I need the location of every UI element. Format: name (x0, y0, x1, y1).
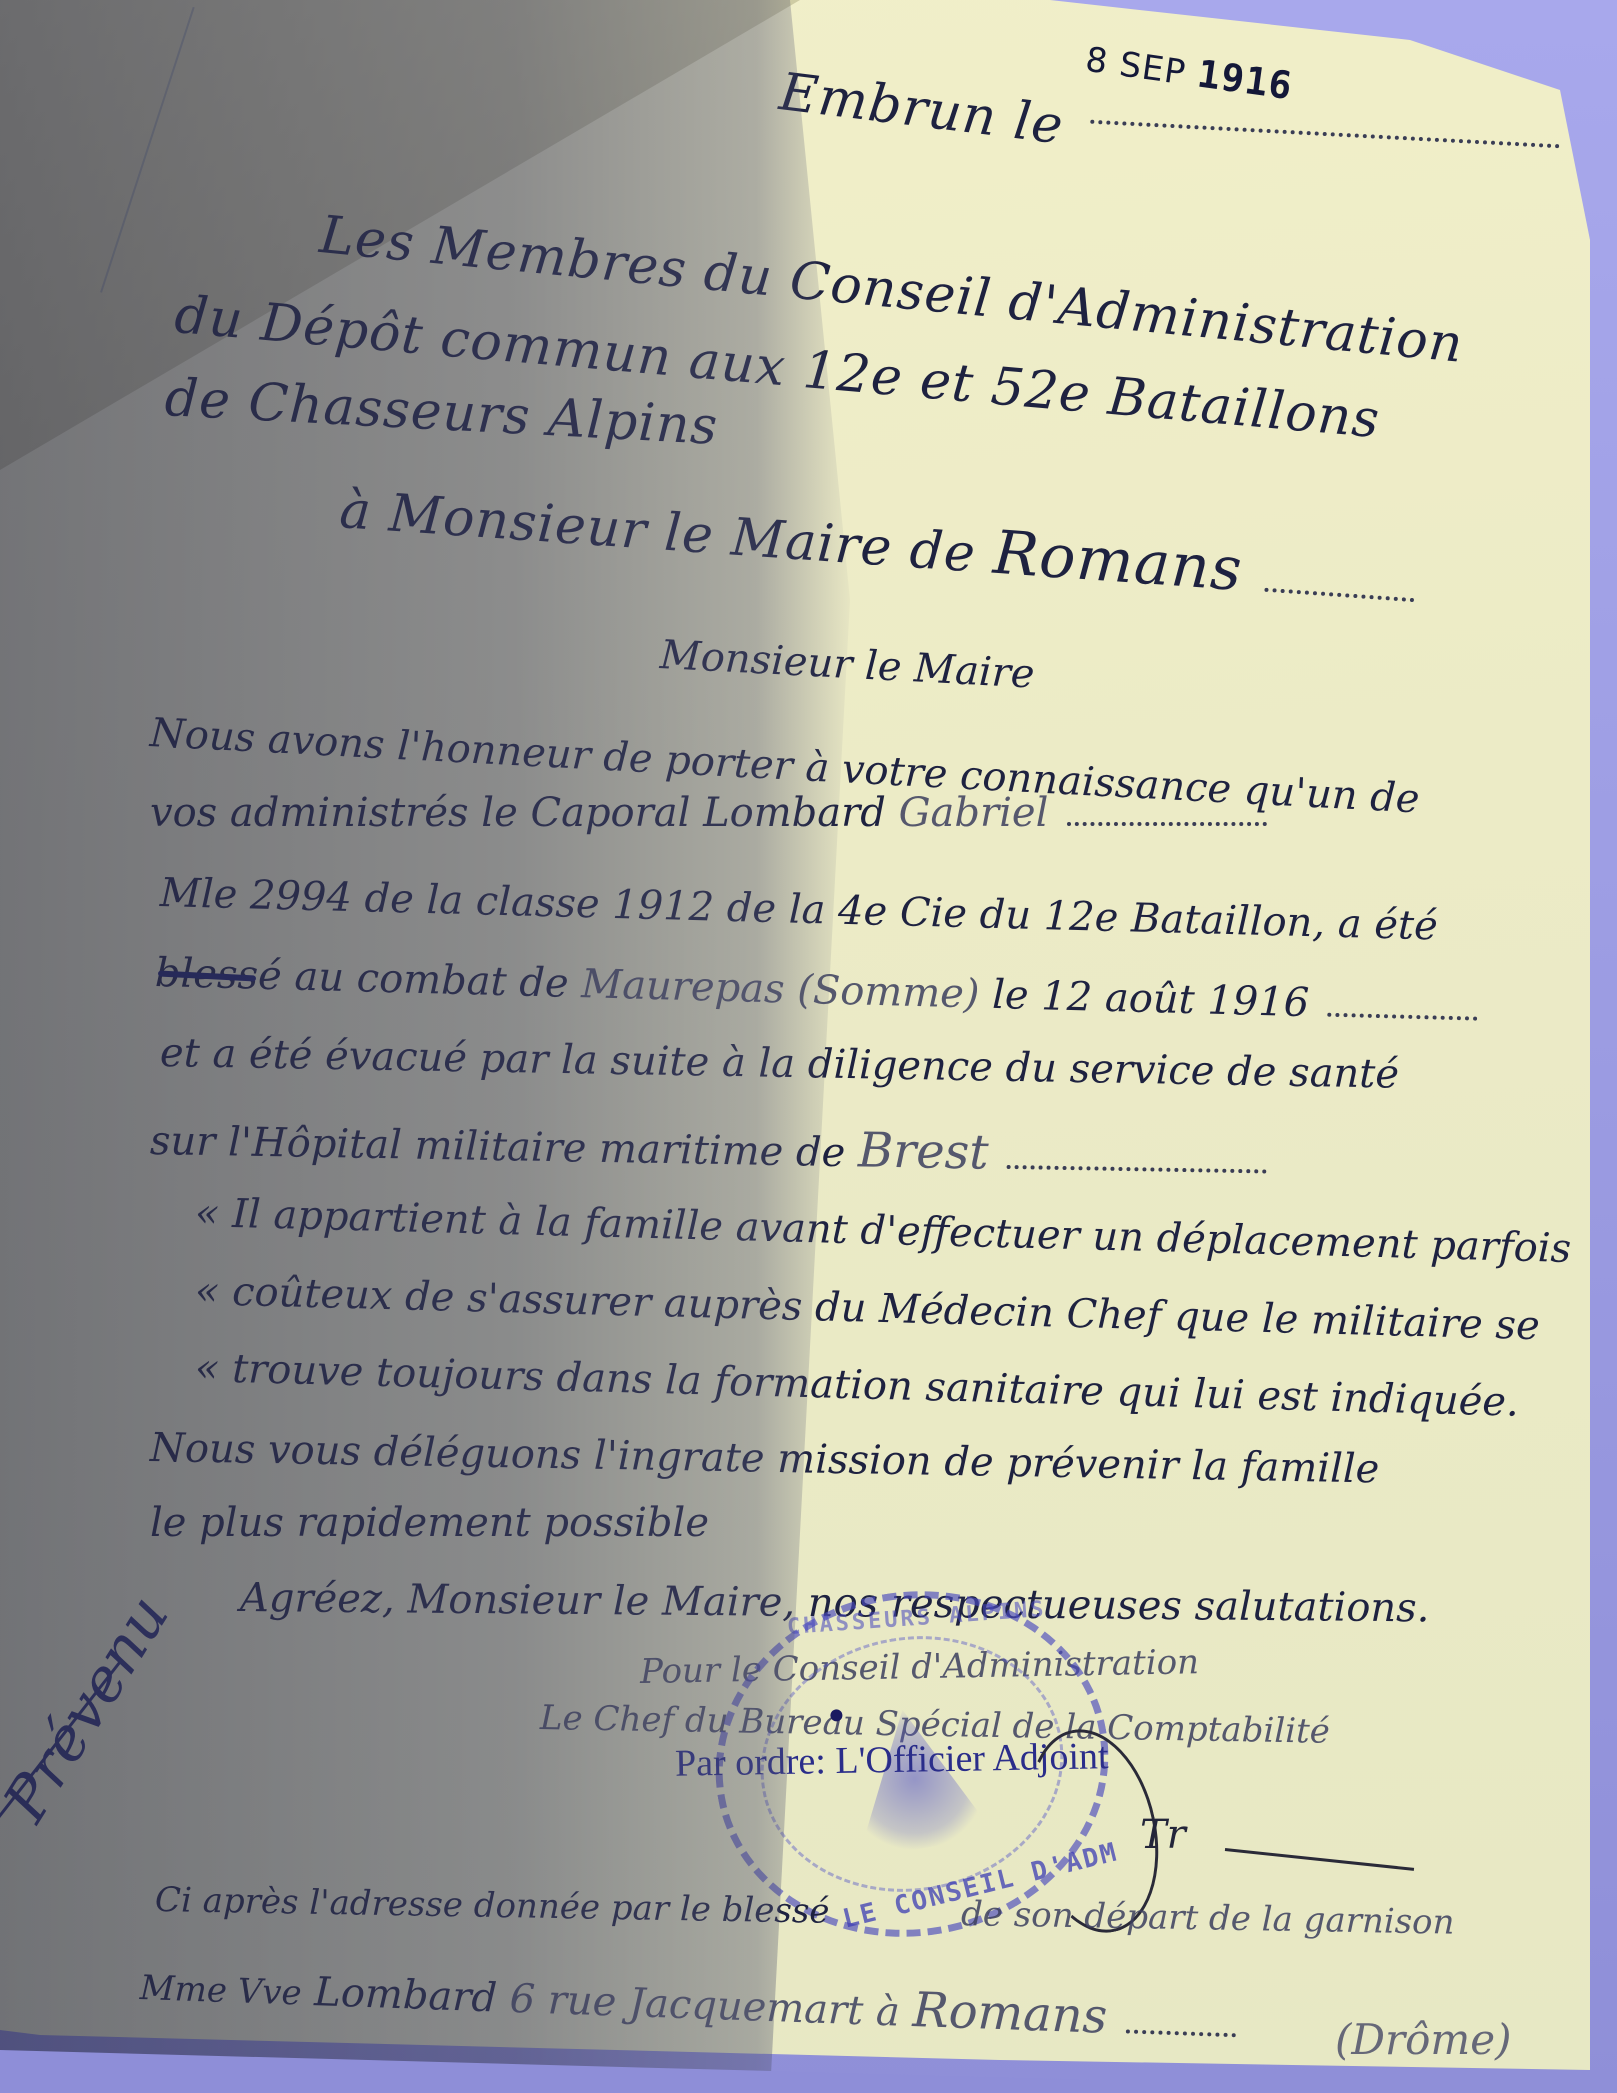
soldier-first-name: Gabriel (899, 790, 1049, 836)
hospital-name: Hôpital militaire maritime (251, 1120, 783, 1175)
company-label: de la (726, 885, 826, 934)
addressee-name: Lombard (314, 1969, 498, 2021)
addressee-title: Mme Vve (139, 1968, 302, 2014)
administres-prefix: vos administrés le (150, 790, 518, 836)
battalion-number: 12e (1043, 893, 1119, 941)
addressee-town: Romans (912, 1982, 1109, 2045)
hospital-city: Brest (858, 1122, 990, 1180)
combat-label: au combat de (294, 954, 569, 1007)
matricule-number: 2994 (250, 872, 353, 921)
classe-year: 1912 (612, 882, 715, 931)
company-value: 4e Cie (838, 888, 968, 937)
department-drome: (Drôme) (1335, 2015, 1512, 2064)
addressee-town-prefix: à (875, 1989, 900, 2036)
matricule-label: Mle (159, 870, 238, 918)
stamp-dot (829, 1708, 843, 1722)
dotted-leader (1264, 587, 1414, 602)
battalion-suffix: Bataillon, a été (1130, 895, 1438, 949)
combat-date: 12 août 1916 (1041, 973, 1310, 1026)
body-line-rapidement: le plus rapidement possible (150, 1500, 709, 1546)
body-line-2: vos administrés le Caporal Lombard Gabri… (150, 790, 1267, 836)
hospital-prefix: sur l' (150, 1118, 253, 1166)
battalion-label: du (979, 891, 1032, 938)
dotted-leader (1328, 1012, 1478, 1021)
soldier-surname: Lombard (703, 790, 886, 836)
hospital-city-label: de (796, 1129, 846, 1176)
classe-label: de la classe (364, 875, 600, 927)
footer-line-1-right: de son départ de la garnison (961, 1894, 1455, 1943)
combat-date-label: le (992, 972, 1030, 1019)
soldier-rank: Caporal (530, 790, 690, 836)
dotted-leader (1125, 2028, 1235, 2037)
dotted-leader (1067, 821, 1267, 826)
officer-signature: Tr (1140, 1812, 1186, 1858)
addressee-street: 6 rue Jacquemart (509, 1976, 864, 2034)
dotted-leader (1007, 1164, 1267, 1174)
